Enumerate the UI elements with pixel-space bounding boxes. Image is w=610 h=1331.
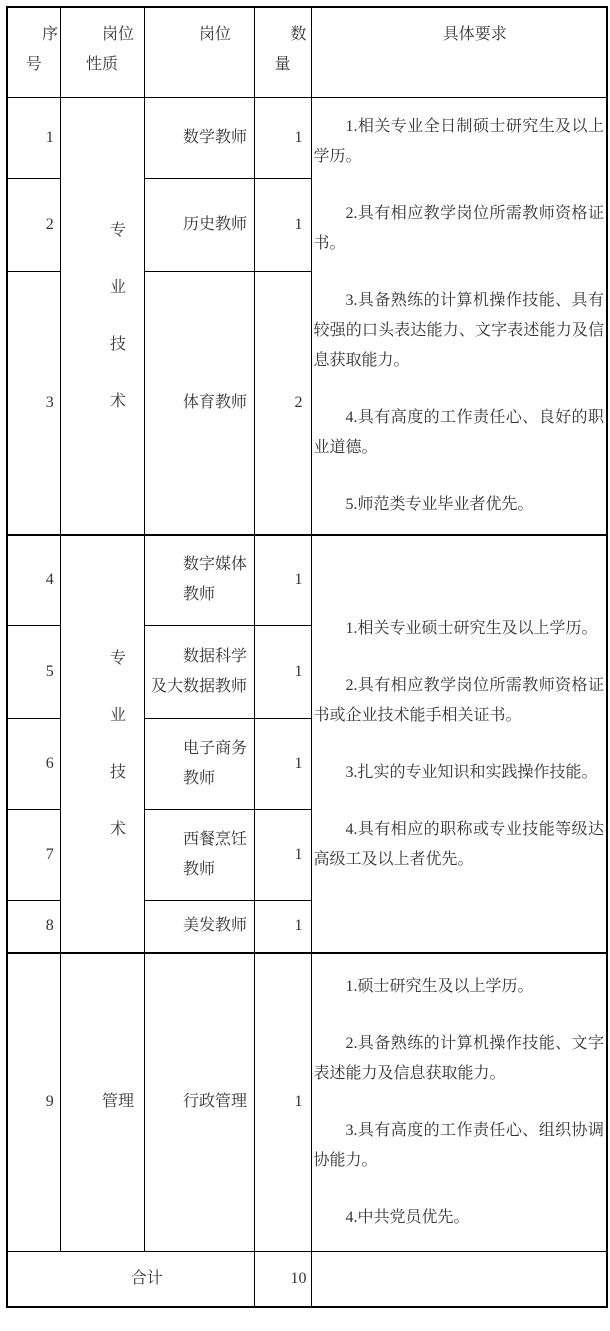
requirement-paragraph: 4.具有高度的工作责任心、良好的职业道德。 <box>314 403 605 463</box>
category-char: 术 <box>63 801 142 858</box>
requirement-paragraph: 5.师范类专业毕业者优先。 <box>314 490 605 520</box>
row-no-cell: 4 <box>7 535 60 625</box>
category-char: 专 <box>63 202 142 259</box>
category-cell: 专 业 技 术 <box>60 97 144 535</box>
position-cell: 数学教师 <box>144 97 254 178</box>
col-header-count: 数量 <box>254 7 311 97</box>
requirement-paragraph: 4.中共党员优先。 <box>314 1203 605 1233</box>
requirement-paragraph: 1.相关专业硕士研究生及以上学历。 <box>314 614 605 644</box>
requirement-paragraph: 2.具有相应教学岗位所需教师资格证书。 <box>314 199 605 259</box>
total-row: 合计 10 <box>7 1251 607 1307</box>
position-cell: 历史教师 <box>144 178 254 271</box>
category-char: 专 <box>63 630 142 687</box>
count-cell: 1 <box>254 809 311 900</box>
requirements-cell: 1.相关专业全日制硕士研究生及以上学历。 2.具有相应教学岗位所需教师资格证书。… <box>311 97 607 535</box>
requirement-paragraph: 3.具有高度的工作责任心、组织协调协能力。 <box>314 1116 605 1176</box>
row-no-cell: 6 <box>7 718 60 809</box>
category-char: 业 <box>63 259 142 316</box>
requirement-paragraph: 2.具有相应教学岗位所需教师资格证书或企业技术能手相关证书。 <box>314 671 605 731</box>
table-row: 9 管理 行政管理 1 1.硕士研究生及以上学历。 2.具备熟练的计算机操作技能… <box>7 953 607 1251</box>
count-cell: 1 <box>254 900 311 953</box>
col-header-position: 岗位 <box>144 7 254 97</box>
category-char: 技 <box>63 316 142 373</box>
col-header-category: 岗位性质 <box>60 7 144 97</box>
requirements-cell: 1.硕士研究生及以上学历。 2.具备熟练的计算机操作技能、文字表述能力及信息获取… <box>311 953 607 1251</box>
header-row: 序号 岗位性质 岗位 数量 具体要求 <box>7 7 607 97</box>
position-cell: 美发教师 <box>144 900 254 953</box>
document-page: 序号 岗位性质 岗位 数量 具体要求 1 专 业 技 术 数学教师 1 1.相关… <box>0 0 610 1313</box>
total-label-cell: 合计 <box>7 1251 254 1307</box>
category-char: 术 <box>63 373 142 430</box>
category-cell: 专 业 技 术 <box>60 535 144 953</box>
row-no-cell: 2 <box>7 178 60 271</box>
requirement-paragraph: 1.相关专业全日制硕士研究生及以上学历。 <box>314 112 605 172</box>
row-no-cell: 3 <box>7 271 60 535</box>
total-count-cell: 10 <box>254 1251 311 1307</box>
col-header-requirements: 具体要求 <box>311 7 607 97</box>
position-cell: 行政管理 <box>144 953 254 1251</box>
row-no-cell: 5 <box>7 625 60 718</box>
requirement-paragraph: 3.具备熟练的计算机操作技能、具有较强的口头表达能力、文字表述能力及信息获取能力… <box>314 286 605 376</box>
count-cell: 1 <box>254 97 311 178</box>
count-cell: 2 <box>254 271 311 535</box>
count-cell: 1 <box>254 535 311 625</box>
category-cell: 管理 <box>60 953 144 1251</box>
row-no-cell: 9 <box>7 953 60 1251</box>
category-char: 业 <box>63 687 142 744</box>
count-cell: 1 <box>254 625 311 718</box>
requirement-paragraph: 2.具备熟练的计算机操作技能、文字表述能力及信息获取能力。 <box>314 1029 605 1089</box>
row-no-cell: 7 <box>7 809 60 900</box>
count-cell: 1 <box>254 953 311 1251</box>
position-cell: 数据科学及大数据教师 <box>144 625 254 718</box>
row-no-cell: 1 <box>7 97 60 178</box>
position-cell: 电子商务教师 <box>144 718 254 809</box>
col-header-no: 序号 <box>7 7 60 97</box>
table-row: 1 专 业 技 术 数学教师 1 1.相关专业全日制硕士研究生及以上学历。 2.… <box>7 97 607 178</box>
position-cell: 数字媒体教师 <box>144 535 254 625</box>
requirement-paragraph: 3.扎实的专业知识和实践操作技能。 <box>314 758 605 788</box>
position-cell: 西餐烹饪教师 <box>144 809 254 900</box>
table-row: 4 专 业 技 术 数字媒体教师 1 1.相关专业硕士研究生及以上学历。 2.具… <box>7 535 607 625</box>
requirements-cell: 1.相关专业硕士研究生及以上学历。 2.具有相应教学岗位所需教师资格证书或企业技… <box>311 535 607 953</box>
count-cell: 1 <box>254 718 311 809</box>
position-cell: 体育教师 <box>144 271 254 535</box>
count-cell: 1 <box>254 178 311 271</box>
requirement-paragraph: 4.具有相应的职称或专业技能等级达高级工及以上者优先。 <box>314 815 605 875</box>
row-no-cell: 8 <box>7 900 60 953</box>
requirement-paragraph: 1.硕士研究生及以上学历。 <box>314 972 605 1002</box>
total-requirements-empty-cell <box>311 1251 607 1307</box>
positions-table: 序号 岗位性质 岗位 数量 具体要求 1 专 业 技 术 数学教师 1 1.相关… <box>6 6 608 1308</box>
category-char: 技 <box>63 744 142 801</box>
